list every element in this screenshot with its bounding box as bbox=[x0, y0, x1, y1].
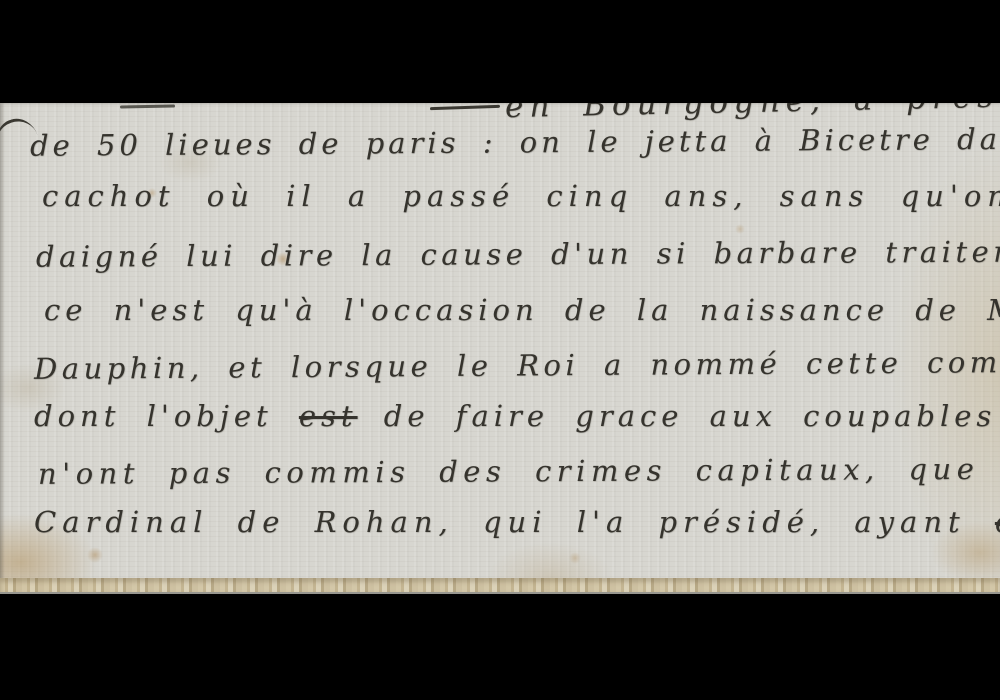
manuscript-line-7: n'ont pas commis des crimes capitaux, qu… bbox=[38, 451, 1000, 491]
line-6-text: de faire grace aux coupables qui bbox=[358, 399, 1000, 433]
letterbox-bar-bottom bbox=[0, 594, 1000, 700]
cut-text-remnant bbox=[430, 105, 500, 110]
manuscript-line-6: dont l'objet est de faire grace aux coup… bbox=[34, 399, 1000, 433]
line-8-text: Cardinal de Rohan, qui l'a présidé, ayan… bbox=[34, 505, 995, 539]
manuscript-page: en Bourgogne, à près de 50 lieues de par… bbox=[0, 103, 1000, 594]
line-6-text: dont l'objet bbox=[34, 399, 299, 433]
line-6-struck-word: est bbox=[299, 399, 358, 433]
line-8-struck-word: été bbox=[995, 505, 1000, 539]
cut-text-remnant bbox=[120, 105, 175, 109]
manuscript-line-3: daigné lui dire la cause d'un si barbare… bbox=[36, 234, 1000, 274]
paper-bottom-edge bbox=[0, 578, 1000, 592]
manuscript-line-4: ce n'est qu'à l'occasion de la naissance… bbox=[44, 293, 1000, 327]
manuscript-line-2: cachot où il a passé cinq ans, sans qu'o… bbox=[42, 179, 1000, 213]
manuscript-line-8: Cardinal de Rohan, qui l'a présidé, ayan… bbox=[34, 505, 1000, 539]
photograph-frame: en Bourgogne, à près de 50 lieues de par… bbox=[0, 0, 1000, 700]
manuscript-line-5: Dauphin, et lorsque le Roi a nommé cette… bbox=[34, 344, 1000, 386]
manuscript-line-1: de 50 lieues de paris : on le jetta à Bi… bbox=[30, 121, 1000, 163]
letterbox-bar-top bbox=[0, 0, 1000, 103]
